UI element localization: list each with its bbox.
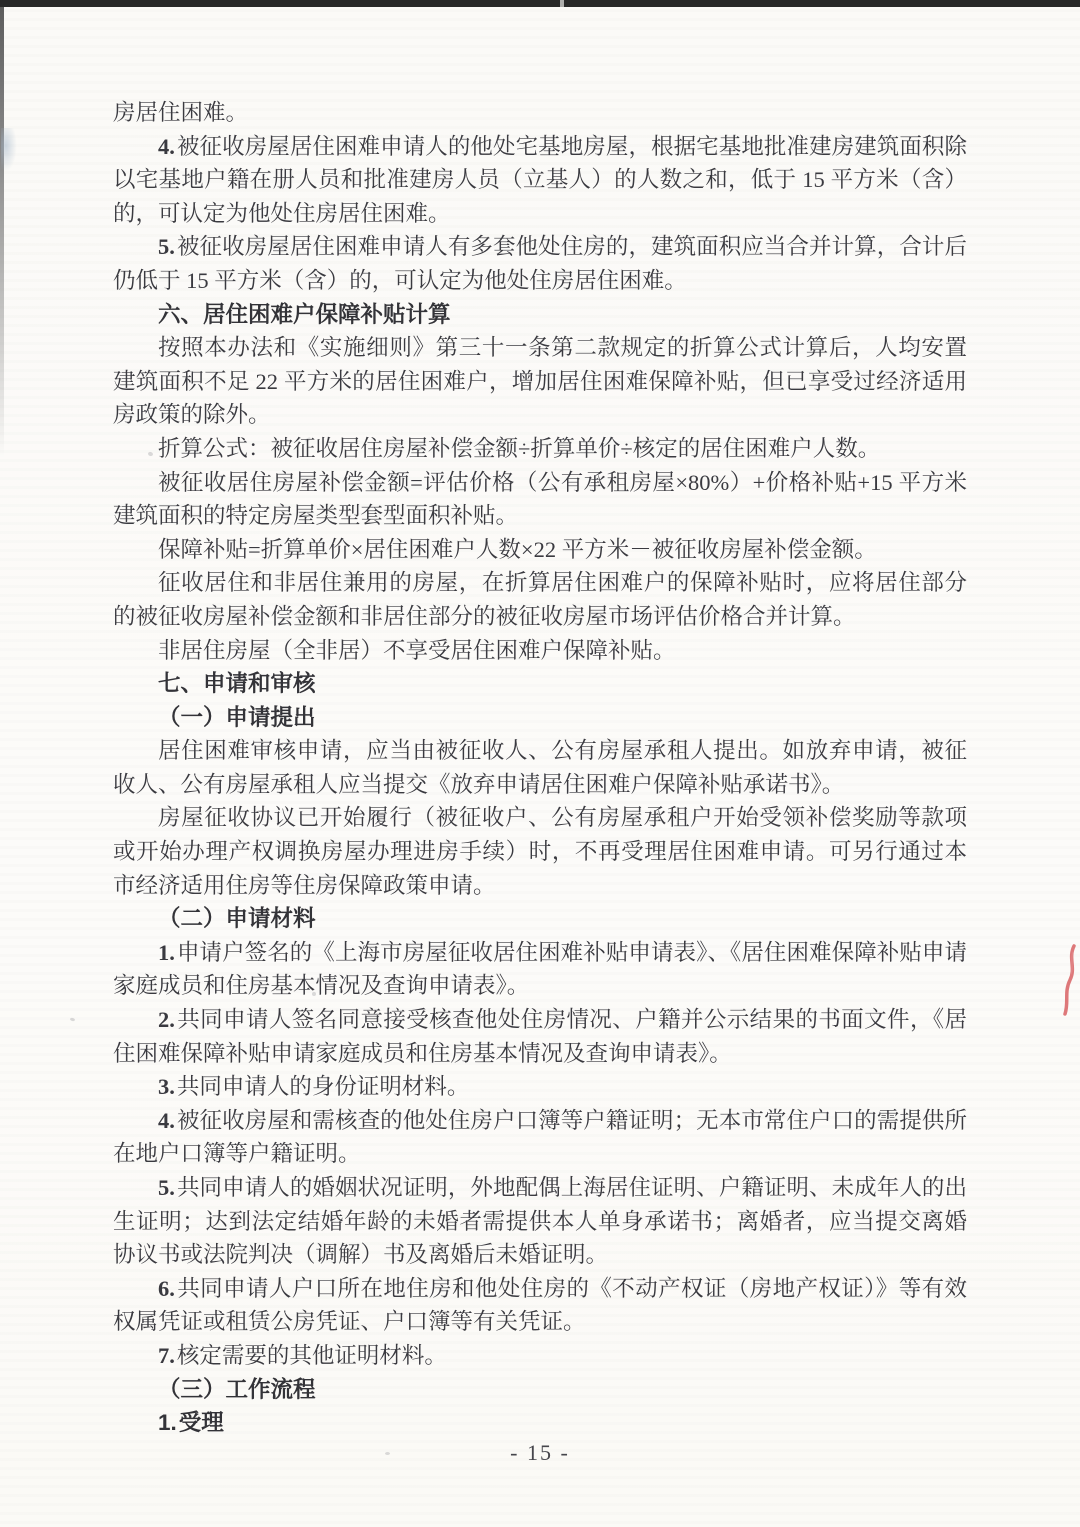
item-number: 5. <box>158 234 177 259</box>
scan-smudge <box>1 128 17 172</box>
section-heading: 六、居住困难户保障补贴计算 <box>113 298 967 332</box>
red-pen-mark <box>1054 942 1080 1022</box>
body-paragraph: 非居住房屋（全非居）不享受居住困难户保障补贴。 <box>113 634 967 668</box>
scan-speck <box>70 1017 76 1021</box>
item-number: 7. <box>158 1343 177 1368</box>
section-heading: 七、申请和审核 <box>113 667 967 701</box>
item-heading: 1.受理 <box>113 1406 967 1440</box>
body-paragraph: 3.共同申请人的身份证明材料。 <box>113 1070 967 1104</box>
body-paragraph: 房屋征收协议已开始履行（被征收户、公有房屋承租户开始受领补偿奖励等款项或开始办理… <box>113 801 967 902</box>
item-number: 1. <box>158 1410 179 1435</box>
body-paragraph: 折算公式：被征收居住房屋补偿金额÷折算单价÷核定的居住困难户人数。 <box>113 432 967 466</box>
body-paragraph: 4.被征收房屋和需核查的他处住房户口簿等户籍证明；无本市常住户口的需提供所在地户… <box>113 1104 967 1171</box>
page-number: - 15 - <box>0 1440 1080 1466</box>
item-number: 5. <box>158 1175 177 1200</box>
item-number: 2. <box>158 1007 177 1032</box>
body-paragraph: 4.被征收房屋居住困难申请人的他处宅基地房屋，根据宅基地批准建房建筑面积除以宅基… <box>113 130 967 231</box>
body-paragraph: 5.被征收房屋居住困难申请人有多套他处住房的，建筑面积应当合并计算，合计后仍低于… <box>113 230 967 297</box>
body-paragraph: 征收居住和非居住兼用的房屋，在折算居住困难户的保障补贴时，应将居住部分的被征收房… <box>113 566 967 633</box>
subsection-heading: （二）申请材料 <box>113 902 967 936</box>
body-paragraph: 5.共同申请人的婚姻状况证明，外地配偶上海居住证明、户籍证明、未成年人的出生证明… <box>113 1171 967 1272</box>
item-number: 1. <box>158 940 177 965</box>
body-paragraph: 被征收居住房屋补偿金额=评估价格（公有承租房屋×80%）+价格补贴+15 平方米… <box>113 466 967 533</box>
subsection-heading: （一）申请提出 <box>113 701 967 735</box>
item-number: 6. <box>158 1276 177 1301</box>
body-paragraph: 2.共同申请人签名同意接受核查他处住房情况、户籍并公示结果的书面文件，《居住困难… <box>113 1003 967 1070</box>
item-number: 4. <box>158 134 177 159</box>
scan-edge-left <box>0 7 4 457</box>
scan-edge-top <box>0 0 1080 7</box>
item-number: 3. <box>158 1074 177 1099</box>
body-paragraph: 按照本办法和《实施细则》第三十一条第二款规定的折算公式计算后，人均安置建筑面积不… <box>113 331 967 432</box>
scanned-page: 房居住困难。4.被征收房屋居住困难申请人的他处宅基地房屋，根据宅基地批准建房建筑… <box>0 0 1080 1527</box>
document-body: 房居住困难。4.被征收房屋居住困难申请人的他处宅基地房屋，根据宅基地批准建房建筑… <box>113 96 967 1440</box>
scan-edge-notch <box>560 0 564 7</box>
body-paragraph-continuation: 房居住困难。 <box>113 96 967 130</box>
body-paragraph: 6.共同申请人户口所在地住房和他处住房的《不动产权证（房地产权证）》等有效权属凭… <box>113 1272 967 1339</box>
body-paragraph: 保障补贴=折算单价×居住困难户人数×22 平方米－被征收房屋补偿金额。 <box>113 533 967 567</box>
subsection-heading: （三）工作流程 <box>113 1373 967 1407</box>
body-paragraph: 居住困难审核申请，应当由被征收人、公有房屋承租人提出。如放弃申请，被征收人、公有… <box>113 734 967 801</box>
body-paragraph: 7.核定需要的其他证明材料。 <box>113 1339 967 1373</box>
item-number: 4. <box>158 1108 177 1133</box>
body-paragraph: 1.申请户签名的《上海市房屋征收居住困难补贴申请表》、《居住困难保障补贴申请家庭… <box>113 936 967 1003</box>
